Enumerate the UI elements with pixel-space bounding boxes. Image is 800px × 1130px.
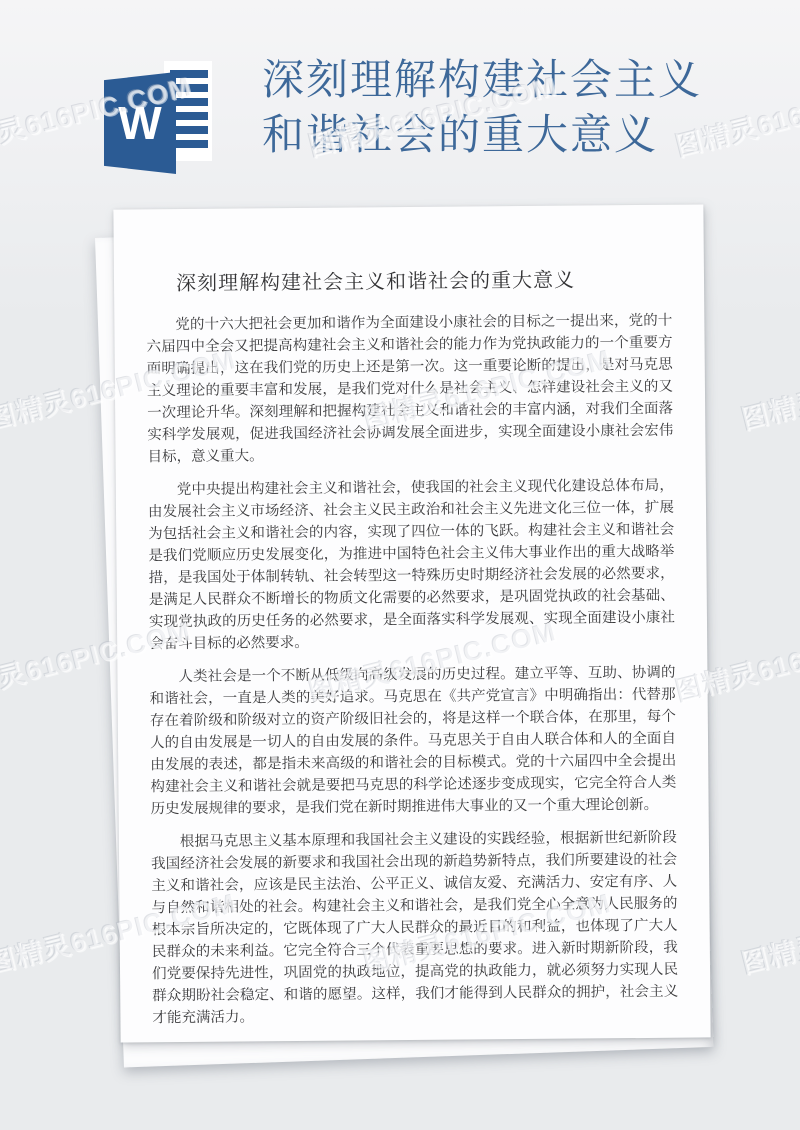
word-document-icon: W <box>104 58 214 174</box>
document-paragraph: 根据马克思主义基本原理和我国社会主义建设的实践经验，根据新世纪新阶段我国经济社会… <box>151 827 679 1030</box>
word-icon-cover: W <box>104 72 176 174</box>
word-icon-letter: W <box>118 100 161 146</box>
page-title-line1: 深刻理解构建社会主义 <box>262 52 702 107</box>
header: W 深刻理解构建社会主义 和谐社会的重大意义 <box>0 0 800 200</box>
page-title: 深刻理解构建社会主义 和谐社会的重大意义 <box>262 52 702 162</box>
document-paragraph: 党的十六大把社会更加和谐作为全面建设小康社会的目标之一提出来，党的十六届四中全会… <box>146 310 673 469</box>
preview-canvas: 深刻理解构建社会主义和谐社会的重大意义 党的十六大把社会更加和谐作为全面建设小康… <box>0 0 800 1130</box>
document-paragraph: 党中央提出构建社会主义和谐社会，使我国的社会主义现代化建设总体布局，由发展社会主… <box>148 475 676 656</box>
page-title-line2: 和谐社会的重大意义 <box>262 107 702 162</box>
document-title: 深刻理解构建社会主义和谐社会的重大意义 <box>176 263 672 296</box>
document-page: 深刻理解构建社会主义和谐社会的重大意义 党的十六大把社会更加和谐作为全面建设小康… <box>113 204 710 1042</box>
document-body: 党的十六大把社会更加和谐作为全面建设小康社会的目标之一提出来，党的十六届四中全会… <box>146 310 679 1043</box>
document-paragraph: 人类社会是一个不断从低级向高级发展的历史过程。建立平等、互助、协调的和谐社会，一… <box>149 662 676 821</box>
